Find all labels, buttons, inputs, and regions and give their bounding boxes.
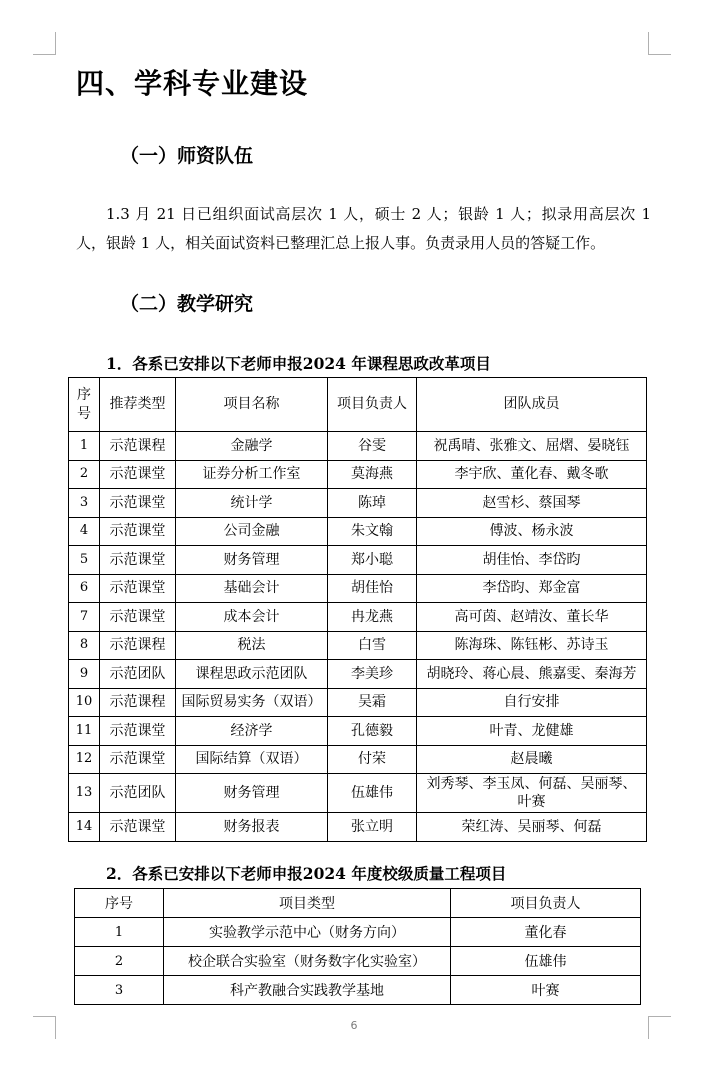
quality-projects-table: 序号 项目类型 项目负责人 1实验教学示范中心（财务方向）董化春2校企联合实验室…: [74, 888, 641, 1005]
cell-members: 荣红涛、吴丽琴、何磊: [417, 813, 647, 842]
cell-no: 13: [69, 774, 100, 813]
cell-type: 示范团队: [100, 660, 176, 689]
col-header-type: 项目类型: [164, 889, 451, 918]
table-row: 2校企联合实验室（财务数字化实验室）伍雄伟: [75, 947, 641, 976]
cell-leader: 陈琸: [328, 489, 417, 518]
faculty-paragraph: 1.3 月 21 日已组织面试高层次 1 人，硕士 2 人；银龄 1 人；拟录用…: [76, 200, 651, 258]
cell-leader: 白雪: [328, 631, 417, 660]
ideology-projects-table: 序号 推荐类型 项目名称 项目负责人 团队成员 1示范课程金融学谷雯祝禹晴、张雅…: [68, 377, 647, 842]
cell-leader: 伍雄伟: [451, 947, 641, 976]
table-header-row: 序号 项目类型 项目负责人: [75, 889, 641, 918]
col-header-no: 序号: [69, 378, 100, 432]
cell-project-name: 国际结算（双语）: [176, 745, 328, 774]
cell-leader: 张立明: [328, 813, 417, 842]
cell-type: 示范课程: [100, 631, 176, 660]
cell-project-name: 经济学: [176, 717, 328, 746]
cell-leader: 孔德毅: [328, 717, 417, 746]
cell-type: 示范课堂: [100, 546, 176, 575]
cell-project-name: 国际贸易实务（双语）: [176, 688, 328, 717]
cell-leader: 叶赛: [451, 976, 641, 1005]
col-header-no: 序号: [75, 889, 164, 918]
table-row: 1示范课程金融学谷雯祝禹晴、张雅文、屈熠、晏晓钰: [69, 432, 647, 461]
table-row: 3科产教融合实践教学基地叶赛: [75, 976, 641, 1005]
cell-type: 示范课堂: [100, 717, 176, 746]
table-row: 1实验教学示范中心（财务方向）董化春: [75, 918, 641, 947]
cell-members: 胡佳怡、李岱昀: [417, 546, 647, 575]
cell-no: 9: [69, 660, 100, 689]
col-header-type: 推荐类型: [100, 378, 176, 432]
chapter-heading: 四、学科专业建设: [76, 62, 308, 102]
cell-leader: 谷雯: [328, 432, 417, 461]
cell-type: 示范课堂: [100, 460, 176, 489]
cell-leader: 吴霜: [328, 688, 417, 717]
cell-type: 示范课堂: [100, 489, 176, 518]
section-heading-faculty: （一）师资队伍: [120, 141, 253, 168]
cell-no: 10: [69, 688, 100, 717]
table-row: 6示范课堂基础会计胡佳怡李岱昀、郑金富: [69, 574, 647, 603]
cell-no: 1: [69, 432, 100, 461]
cell-project-name: 公司金融: [176, 517, 328, 546]
cell-members: 赵晨曦: [417, 745, 647, 774]
cell-project-name: 财务报表: [176, 813, 328, 842]
cell-no: 2: [69, 460, 100, 489]
section-heading-teaching: （二）教学研究: [120, 289, 253, 316]
col-header-members: 团队成员: [417, 378, 647, 432]
table-row: 13示范团队财务管理伍雄伟刘秀琴、李玉凤、何磊、吴丽琴、叶赛: [69, 774, 647, 813]
table-header-row: 序号 推荐类型 项目名称 项目负责人 团队成员: [69, 378, 647, 432]
page-number: 6: [0, 1019, 708, 1032]
col-header-leader: 项目负责人: [451, 889, 641, 918]
table-row: 5示范课堂财务管理郑小聪胡佳怡、李岱昀: [69, 546, 647, 575]
cell-members: 陈海珠、陈钰彬、苏诗玉: [417, 631, 647, 660]
cell-no: 5: [69, 546, 100, 575]
table-row: 3示范课堂统计学陈琸赵雪杉、蔡国琴: [69, 489, 647, 518]
cell-leader: 朱文翰: [328, 517, 417, 546]
cell-type: 示范课堂: [100, 574, 176, 603]
cell-no: 4: [69, 517, 100, 546]
table-row: 14示范课堂财务报表张立明荣红涛、吴丽琴、何磊: [69, 813, 647, 842]
cell-project-type: 实验教学示范中心（财务方向）: [164, 918, 451, 947]
col-header-name: 项目名称: [176, 378, 328, 432]
cell-members: 祝禹晴、张雅文、屈熠、晏晓钰: [417, 432, 647, 461]
cell-leader: 董化春: [451, 918, 641, 947]
cell-no: 14: [69, 813, 100, 842]
cell-project-name: 统计学: [176, 489, 328, 518]
cell-project-type: 科产教融合实践教学基地: [164, 976, 451, 1005]
cell-project-name: 成本会计: [176, 603, 328, 632]
cell-members: 赵雪杉、蔡国琴: [417, 489, 647, 518]
cell-members: 高可茵、赵靖汝、董长华: [417, 603, 647, 632]
cell-no: 8: [69, 631, 100, 660]
cell-project-name: 证券分析工作室: [176, 460, 328, 489]
page-corner-mark: [648, 32, 671, 55]
cell-project-type: 校企联合实验室（财务数字化实验室）: [164, 947, 451, 976]
cell-no: 1: [75, 918, 164, 947]
subheading-ideology-projects: 1．各系已安排以下老师申报2024 年课程思政改革项目: [106, 352, 491, 374]
cell-leader: 付荣: [328, 745, 417, 774]
col-header-leader: 项目负责人: [328, 378, 417, 432]
cell-type: 示范课堂: [100, 813, 176, 842]
cell-no: 3: [75, 976, 164, 1005]
cell-project-name: 税法: [176, 631, 328, 660]
table-row: 11示范课堂经济学孔德毅叶青、龙健雄: [69, 717, 647, 746]
table-row: 8示范课程税法白雪陈海珠、陈钰彬、苏诗玉: [69, 631, 647, 660]
cell-no: 7: [69, 603, 100, 632]
cell-leader: 郑小聪: [328, 546, 417, 575]
table-row: 4示范课堂公司金融朱文翰傅波、杨永波: [69, 517, 647, 546]
table-row: 12示范课堂国际结算（双语）付荣赵晨曦: [69, 745, 647, 774]
cell-type: 示范课堂: [100, 603, 176, 632]
subheading-quality-projects: 2．各系已安排以下老师申报2024 年度校级质量工程项目: [106, 862, 506, 884]
cell-project-name: 课程思政示范团队: [176, 660, 328, 689]
cell-type: 示范课程: [100, 688, 176, 717]
cell-project-name: 基础会计: [176, 574, 328, 603]
cell-members: 自行安排: [417, 688, 647, 717]
page-corner-mark: [33, 32, 56, 55]
cell-type: 示范课堂: [100, 745, 176, 774]
cell-leader: 冉龙燕: [328, 603, 417, 632]
table-row: 7示范课堂成本会计冉龙燕高可茵、赵靖汝、董长华: [69, 603, 647, 632]
cell-members: 李宇欣、董化春、戴冬歌: [417, 460, 647, 489]
cell-type: 示范团队: [100, 774, 176, 813]
cell-no: 6: [69, 574, 100, 603]
cell-members: 李岱昀、郑金富: [417, 574, 647, 603]
cell-leader: 莫海燕: [328, 460, 417, 489]
cell-type: 示范课堂: [100, 517, 176, 546]
cell-leader: 李美珍: [328, 660, 417, 689]
cell-leader: 伍雄伟: [328, 774, 417, 813]
cell-members: 傅波、杨永波: [417, 517, 647, 546]
cell-leader: 胡佳怡: [328, 574, 417, 603]
cell-project-name: 财务管理: [176, 546, 328, 575]
cell-no: 3: [69, 489, 100, 518]
table-row: 2示范课堂证券分析工作室莫海燕李宇欣、董化春、戴冬歌: [69, 460, 647, 489]
table-row: 10示范课程国际贸易实务（双语）吴霜自行安排: [69, 688, 647, 717]
cell-members: 叶青、龙健雄: [417, 717, 647, 746]
cell-project-name: 财务管理: [176, 774, 328, 813]
cell-members: 刘秀琴、李玉凤、何磊、吴丽琴、叶赛: [417, 774, 647, 813]
cell-members: 胡晓玲、蒋心晨、熊嘉雯、秦海芳: [417, 660, 647, 689]
cell-no: 2: [75, 947, 164, 976]
cell-no: 11: [69, 717, 100, 746]
table-row: 9示范团队课程思政示范团队李美珍胡晓玲、蒋心晨、熊嘉雯、秦海芳: [69, 660, 647, 689]
cell-no: 12: [69, 745, 100, 774]
cell-project-name: 金融学: [176, 432, 328, 461]
cell-type: 示范课程: [100, 432, 176, 461]
